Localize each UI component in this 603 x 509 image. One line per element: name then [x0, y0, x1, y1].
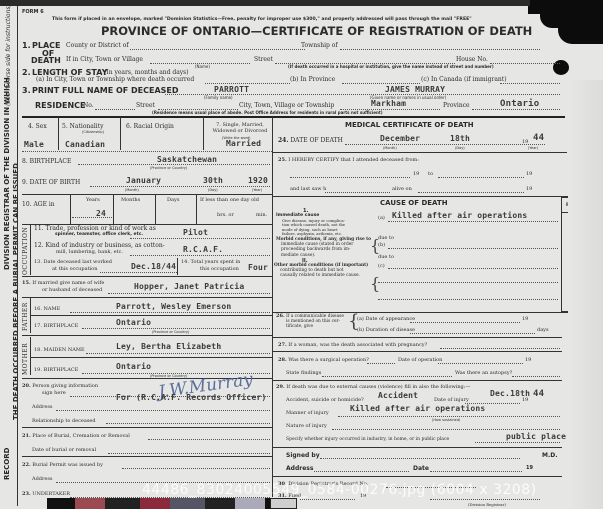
q23-label-text: UNDERTAKER: [32, 491, 70, 497]
q1-label-c: DEATH: [31, 56, 61, 65]
background-strip: [235, 498, 265, 509]
mother-rule: [30, 337, 31, 375]
q24-number: 24.: [278, 137, 288, 144]
header-divider: [22, 116, 565, 118]
q20-label: 20. Person giving information: [22, 383, 98, 389]
q28-autopsy-label: Was there an autopsy?: [455, 370, 512, 376]
birthplace-field[interactable]: [78, 164, 270, 165]
occupation-rule: [30, 224, 31, 275]
cause-c-label: (c): [378, 263, 385, 269]
cause-bottom-rule: [272, 312, 568, 313]
q25-alive-on: alive on: [392, 186, 412, 192]
q2-sub: (In years, months and days): [104, 69, 189, 76]
township-field[interactable]: [340, 49, 540, 50]
q15-sub: or husband of deceased: [42, 287, 102, 293]
q24-month: December: [380, 134, 420, 143]
name-caption: (Name): [195, 64, 210, 69]
q24-day-caption: (Day): [455, 146, 465, 150]
age-less-label: If less than one day old: [200, 197, 259, 203]
torn-corner: [528, 0, 603, 14]
q21-label-text: Place of Burial, Cremation or Removal: [32, 433, 130, 439]
other-morbid-field-2[interactable]: [378, 299, 558, 300]
q22-number: 22.: [22, 462, 31, 468]
q28-autopsy-field[interactable]: [512, 376, 560, 377]
city-label: If in City, Town or Village: [66, 56, 143, 63]
q26-number: 26.: [276, 313, 285, 319]
row-rule: [272, 152, 567, 153]
racial-origin-label: 6. Racial Origin: [126, 123, 174, 130]
row-rule: [22, 427, 272, 428]
q12-label: 12. Kind of industry or business, as cot…: [34, 242, 165, 249]
q27-field[interactable]: [440, 348, 560, 349]
family-name-value: PARROTT: [214, 85, 249, 94]
q13-sub: at this occupation: [52, 266, 97, 272]
q17-label-text: BIRTHPLACE: [44, 323, 79, 329]
q29-nature-field[interactable]: [332, 429, 560, 430]
physician-address-field[interactable]: [314, 471, 409, 472]
q24-label: 24. DATE OF DEATH: [278, 137, 343, 144]
q16-number: 16.: [34, 306, 42, 312]
dob-month: January: [126, 176, 161, 185]
cause-c-field[interactable]: [388, 268, 558, 269]
q27-number: 27.: [278, 342, 287, 348]
q3-label: PRINT FULL NAME OF DECEASED: [32, 86, 179, 95]
q29-injury-date-label: Date of injury: [434, 397, 469, 403]
q18-field[interactable]: [86, 353, 270, 354]
q29-label: 29. If death was due to external causes …: [276, 384, 470, 390]
q31-field[interactable]: [300, 499, 355, 500]
q24-label-text: DATE OF DEATH: [290, 137, 343, 144]
q12-field[interactable]: [130, 255, 270, 256]
family-name-caption: (Family name): [204, 95, 233, 100]
residence-province-value: Ontario: [500, 99, 539, 109]
q21-label: 21. Place of Burial, Cremation or Remova…: [22, 433, 130, 439]
q15-label: 15. If married give name of wife: [22, 280, 104, 286]
racial-origin-label-text: Racial Origin: [134, 123, 174, 130]
q17-label: 17. BIRTHPLACE: [34, 323, 78, 329]
q25-to-year: 19: [526, 171, 532, 177]
age-months-label: Months: [121, 197, 140, 203]
q18-label: 18. MAIDEN NAME: [34, 347, 85, 353]
q12-number: 12.: [34, 242, 44, 249]
q23-label: 23. UNDERTAKER: [22, 491, 70, 497]
row-rule: [22, 456, 272, 457]
nationality-number: 5.: [62, 123, 68, 130]
q26b-label: (b) Duration of disease: [357, 327, 415, 333]
marital-label: 7. Single, Married, Widowed or Divorced: [207, 122, 273, 134]
q14-sub: this occupation: [200, 266, 239, 272]
q26a-field[interactable]: [410, 322, 520, 323]
q15-value: Hopper, Janet Patricia: [134, 282, 244, 291]
age-min-label: min.: [256, 212, 267, 218]
residence-city-label: City, Town, Village or Township: [239, 102, 334, 109]
q3-number: 3.: [22, 86, 31, 95]
row-rule: [22, 194, 272, 195]
dob-day: 30th: [203, 176, 223, 185]
form-number: FORM 6: [22, 9, 44, 15]
q11-number: 11.: [34, 225, 44, 232]
informant-address-label: Address: [32, 404, 53, 410]
q19-value: Ontario: [116, 362, 151, 371]
sex-label-text: Sex: [36, 123, 47, 130]
cell-divider: [177, 258, 178, 275]
q14-number: 14.: [181, 259, 189, 265]
physician-address-label: Address: [286, 465, 313, 472]
q20-label-text: Person giving information: [32, 383, 98, 389]
cause-due-to-2: due to: [378, 254, 394, 260]
birthplace-label: 8. BIRTHPLACE: [22, 158, 71, 165]
background-strip: [47, 498, 75, 509]
q28-label-text: Was there a surgical operation?: [288, 357, 369, 363]
column-divider: [272, 117, 273, 497]
q22-address-label: Address: [32, 476, 53, 482]
dob-month-caption: (Month): [125, 188, 139, 192]
q29-manner-label: Manner of injury: [286, 410, 329, 416]
q15-field[interactable]: [108, 293, 270, 294]
q29-specify-value: public place: [506, 432, 566, 441]
q21-field[interactable]: [148, 439, 270, 440]
q16-label-text: NAME: [44, 306, 61, 312]
md-label: M.D.: [542, 452, 558, 459]
row-rule: [22, 276, 272, 277]
hospital-caption: (If death occurred in a hospital or inst…: [288, 64, 494, 69]
q12-sub: mill, lumbering, bank, etc.: [56, 249, 123, 255]
informant-value: For (R.C.A.F. Records Officer): [116, 393, 267, 402]
q29-manner-caption: (How sustained): [432, 418, 460, 422]
age-days-label: Days: [167, 197, 179, 203]
q12-value: R.C.A.F.: [183, 245, 223, 254]
q2c-label: (c) In Canada (if immigrant): [421, 76, 507, 83]
q29-specify-label: Specify whether injury occurred in indus…: [286, 437, 449, 442]
cause-a-field[interactable]: [388, 221, 558, 222]
q25-alive-field[interactable]: [418, 192, 524, 193]
morbid-label: Morbid conditions, if any, giving rise t…: [276, 237, 371, 258]
background-strip: [170, 498, 205, 509]
q22-field[interactable]: [122, 468, 270, 469]
q26a-year: 19: [522, 316, 528, 322]
q18-label-text: MAIDEN NAME: [44, 347, 85, 353]
q26b-field[interactable]: [410, 333, 535, 334]
q25-to-field[interactable]: [438, 177, 524, 178]
q25-to: to: [428, 171, 433, 177]
row-rule: [272, 337, 562, 338]
cell-divider: [155, 194, 156, 224]
dob-label-text: DATE OF BIRTH: [30, 179, 81, 186]
brace: {: [370, 236, 380, 255]
mail-notice: This form if placed in an envelope, mark…: [52, 17, 472, 22]
q29-manner-field[interactable]: [338, 416, 560, 417]
other-morbid-line: causally related to immediate cause.: [274, 273, 368, 278]
q2a-field[interactable]: [205, 83, 290, 84]
cell-divider: [203, 117, 204, 150]
q22-label: 22. Burial Permit was issued by: [22, 462, 103, 468]
informant-relationship-field[interactable]: [106, 423, 270, 424]
residence-no-label: No.: [83, 102, 94, 109]
q2b-label: (b) In Province: [290, 76, 335, 83]
sex-value: Male: [24, 140, 44, 149]
residence-caption: (Residence means usual place of abode. P…: [152, 110, 383, 115]
q20-sub: sign here: [42, 390, 66, 396]
page-edge: [568, 80, 603, 509]
q17-value: Ontario: [116, 318, 151, 327]
marital-value: Married: [226, 139, 261, 148]
cause-b-field[interactable]: [388, 248, 558, 249]
age-number: 10.: [22, 201, 32, 208]
q23-number: 23.: [22, 491, 31, 497]
q25-label: 25. I HEREBY CERTIFY that I attended dec…: [278, 157, 419, 163]
residence-province-label: Province: [443, 102, 470, 109]
margin-notice-line2: DIVISION REGISTRAR OF THE DIVISION IN WH…: [3, 77, 11, 270]
row-rule: [30, 315, 272, 316]
physician-date-field[interactable]: [430, 471, 522, 472]
q24-field[interactable]: [345, 144, 545, 145]
margin-rule: [17, 6, 18, 506]
mother-side-label: MOTHER: [22, 343, 29, 375]
q11-sub: spinner, teamster, office clerk, etc.: [55, 232, 143, 237]
q25-label-text: I HEREBY CERTIFY: [288, 157, 339, 163]
q19-number: 19.: [34, 367, 42, 373]
county-label: County or District of: [66, 42, 129, 49]
cause-a-label: (a): [378, 215, 385, 221]
q24-year-caption: (Year): [528, 146, 538, 150]
sex-label: 4. Sex: [28, 123, 47, 130]
q24-year: 44: [533, 133, 544, 143]
immediate-cause-desc: Give disease, injury or complica- tion w…: [282, 219, 345, 236]
q24-year-prefix: 19: [522, 139, 528, 145]
torn-corner: [540, 14, 603, 28]
dob-field[interactable]: [90, 186, 270, 187]
birthplace-value: Saskatchewan: [157, 155, 217, 164]
street-label: Street: [254, 56, 273, 63]
informant-relationship-label: Relationship to deceased: [32, 418, 96, 424]
morbid-line: mediate cause).: [276, 253, 371, 258]
county-field[interactable]: [130, 49, 305, 50]
q25-last-seen: and last saw h: [290, 186, 326, 192]
q29-specify-field[interactable]: [475, 442, 560, 443]
marital-label-text: Single, Married, Widowed or Divorced: [213, 122, 268, 134]
row-rule: [22, 335, 272, 336]
dob-label: 9. DATE OF BIRTH: [22, 179, 80, 186]
dob-number: 9.: [22, 179, 28, 186]
q15-label-text: If married give name of wife: [32, 280, 104, 286]
q28-date-field[interactable]: [438, 363, 523, 364]
residence-city-value: Markham: [371, 99, 406, 108]
father-side-label: FATHER: [22, 302, 29, 331]
q21-number: 21.: [22, 433, 31, 439]
q2c-field[interactable]: [500, 83, 560, 84]
nationality-caption: (Citizenship): [82, 130, 104, 134]
background-strip: [205, 498, 235, 509]
q16-field[interactable]: [70, 312, 270, 313]
informant-address-field[interactable]: [56, 410, 270, 411]
q29-number: 29.: [276, 384, 285, 390]
q29-accident-value: Accident: [378, 391, 418, 400]
torn-corner: [558, 28, 603, 44]
other-morbid-field-1[interactable]: [378, 282, 558, 283]
q17-field[interactable]: [82, 328, 270, 329]
sex-number: 4.: [28, 123, 34, 130]
dob-day-caption: (Day): [208, 188, 218, 192]
house-field[interactable]: [490, 63, 560, 64]
q16-value: Parrott, Wesley Emerson: [116, 302, 231, 311]
cell-divider: [120, 117, 121, 150]
signed-by-field[interactable]: [320, 458, 520, 459]
q18-number: 18.: [34, 347, 42, 353]
q29-manner-value: Killed after air operations: [350, 404, 485, 413]
q2a-label: (a) In City, Town or Township where deat…: [36, 76, 194, 83]
age-hrs-label: hrs. or: [217, 212, 234, 218]
q25-from-year: 19: [413, 171, 419, 177]
cause-top-rule: [272, 196, 568, 197]
q29-accident-label: Accident, suicide or homicide?: [286, 397, 364, 403]
q13-field[interactable]: [100, 272, 177, 273]
q13-value: Dec.18/44: [131, 262, 176, 271]
q2-number: 2.: [22, 68, 31, 77]
q25-number: 25.: [278, 157, 287, 163]
q26a-label: (a) Date of appearance: [357, 316, 415, 322]
age-underline: [72, 217, 112, 218]
q28-number: 28.: [278, 357, 287, 363]
given-names-value: JAMES MURRAY: [385, 85, 445, 94]
q29-injury-year: 44: [533, 389, 544, 399]
q1-number: 1.: [22, 41, 31, 50]
q25-last-field[interactable]: [325, 192, 390, 193]
q28-field[interactable]: [367, 363, 395, 364]
q24-day: 18th: [450, 134, 470, 143]
q28-year: 19: [525, 357, 531, 363]
q13-label-text: Date deceased last worked: [44, 259, 112, 265]
cell-divider: [196, 194, 197, 224]
birthplace-label-text: BIRTHPLACE: [30, 158, 72, 165]
cell-divider: [70, 194, 71, 224]
cell-divider: [113, 194, 114, 224]
q16-label: 16. NAME: [34, 306, 60, 312]
immediate-desc-line: failure, asphyxia, asthenia, etc.: [282, 232, 345, 236]
q15-number: 15.: [22, 280, 31, 286]
cell-divider: [58, 117, 59, 150]
top-edge: [0, 0, 530, 6]
racial-origin-number: 6.: [126, 123, 132, 130]
q29-label-text: If death was due to external causes (vio…: [286, 384, 470, 390]
q27-label: 27. If a woman, was the death associated…: [278, 342, 427, 348]
registrar-caption: (Division Registrar): [468, 502, 506, 507]
q27-label-text: If a woman, was the death associated wit…: [288, 342, 427, 348]
row-rule: [272, 351, 562, 352]
q25-from-field[interactable]: [290, 177, 410, 178]
q25-alive-year: 19: [526, 186, 532, 192]
q20-number: 20.: [22, 383, 31, 389]
nationality-label: 5. Nationality: [62, 123, 104, 130]
q14-value: Four: [248, 263, 268, 272]
physician-date-label: Date: [413, 465, 429, 472]
residence-street-label: Street: [136, 102, 155, 109]
q17-number: 17.: [34, 323, 42, 329]
age-label-text: AGE in: [33, 201, 54, 208]
q24-month-caption: (Month): [383, 146, 397, 150]
dob-year-caption: (Year): [252, 188, 262, 192]
row-rule: [30, 357, 272, 358]
nationality-value: Canadian: [65, 140, 105, 149]
cause-a-value: Killed after air operations: [392, 211, 527, 220]
residence-no-field[interactable]: [95, 109, 135, 110]
brace: {: [370, 274, 380, 293]
q21-date-label: Date of burial or removal: [32, 447, 96, 453]
q26b-days: days: [537, 327, 549, 333]
house-label: House No.: [456, 56, 488, 63]
q18-value: Ley, Bertha Elizabeth: [116, 342, 221, 351]
row-rule: [22, 151, 272, 152]
q17-caption: (Province or Country): [152, 330, 189, 334]
row-rule: [272, 476, 562, 477]
physician-date-year: 19: [526, 465, 533, 471]
row-rule: [272, 447, 562, 448]
residence-province-field[interactable]: [472, 109, 560, 110]
background-strip: [105, 498, 140, 509]
dob-year: 1920: [248, 176, 268, 185]
q13-label: 13. Date deceased last worked: [34, 259, 112, 265]
nationality-label-text: Nationality: [70, 123, 104, 130]
residence-label: RESIDENCE: [35, 101, 86, 110]
township-label: Township of: [301, 42, 338, 49]
background-strip: [140, 498, 170, 509]
q28-date-label: Date of operation: [398, 357, 442, 363]
birthplace-caption: (Province or Country): [150, 166, 187, 170]
q29-nature-label: Nature of injury: [286, 423, 327, 429]
age-label: 10. AGE in: [22, 201, 55, 208]
background-strip: [75, 498, 105, 509]
q19-label-text: BIRTHPLACE: [44, 367, 79, 373]
q12-label-text: Kind of industry or business, as cotton-: [45, 242, 164, 249]
q11-label-text: Trade, profession or kind of work as: [45, 225, 155, 232]
margin-notice-line1: THE DEATH OCCURRED BEFORE A BURIAL PERMI…: [12, 163, 20, 420]
occupation-side-label: OCCUPATION: [22, 227, 29, 275]
q28-label: 28. Was there a surgical operation?: [278, 357, 369, 363]
image-watermark: 44486_83024005549_0584-00276.jpg (6004 x…: [142, 482, 537, 498]
q25-text: that I attended deceased from:: [341, 157, 419, 163]
q11-field[interactable]: [130, 238, 270, 239]
cause-due-to-1: due to: [378, 235, 394, 241]
row-rule: [22, 297, 272, 298]
row-rule: [272, 380, 562, 381]
q21-date-field[interactable]: [108, 453, 270, 454]
age-years-label: Years: [86, 197, 100, 203]
q19-label: 19. BIRTHPLACE: [34, 367, 78, 373]
q26-label: 26. If a communicable disease is mention…: [276, 314, 344, 330]
registrar-signature-field[interactable]: [430, 499, 540, 500]
signed-by-label: Signed by: [286, 452, 320, 459]
medical-title: MEDICAL CERTIFICATE OF DEATH: [345, 121, 474, 129]
q11-label: 11. Trade, profession or kind of work as: [34, 225, 156, 232]
q14-label-text: Total years spent in: [191, 259, 241, 265]
q28-findings-field[interactable]: [322, 376, 452, 377]
other-morbid-label: Other morbid conditions (if important) c…: [274, 263, 368, 279]
q13-number: 13.: [34, 259, 42, 265]
background-strip: [270, 498, 297, 509]
margin-record: RECORD: [3, 448, 11, 480]
birthplace-number: 8.: [22, 158, 28, 165]
q11-value: Pilot: [183, 228, 208, 237]
death-certificate-document: (See reverse side for instructions) THE …: [0, 0, 603, 509]
cause-title: CAUSE OF DEATH: [380, 199, 448, 207]
q28-findings-label: State findings: [286, 370, 321, 376]
q2b-field[interactable]: [342, 83, 420, 84]
q29-year-prefix: 19: [522, 397, 528, 403]
q22-label-text: Burial Permit was issued by: [32, 462, 103, 468]
q26-line: tificate, give: [276, 324, 344, 329]
q14-label: 14. Total years spent in: [181, 259, 240, 265]
document-title: PROVINCE OF ONTARIO—CERTIFICATE OF REGIS…: [101, 24, 532, 38]
